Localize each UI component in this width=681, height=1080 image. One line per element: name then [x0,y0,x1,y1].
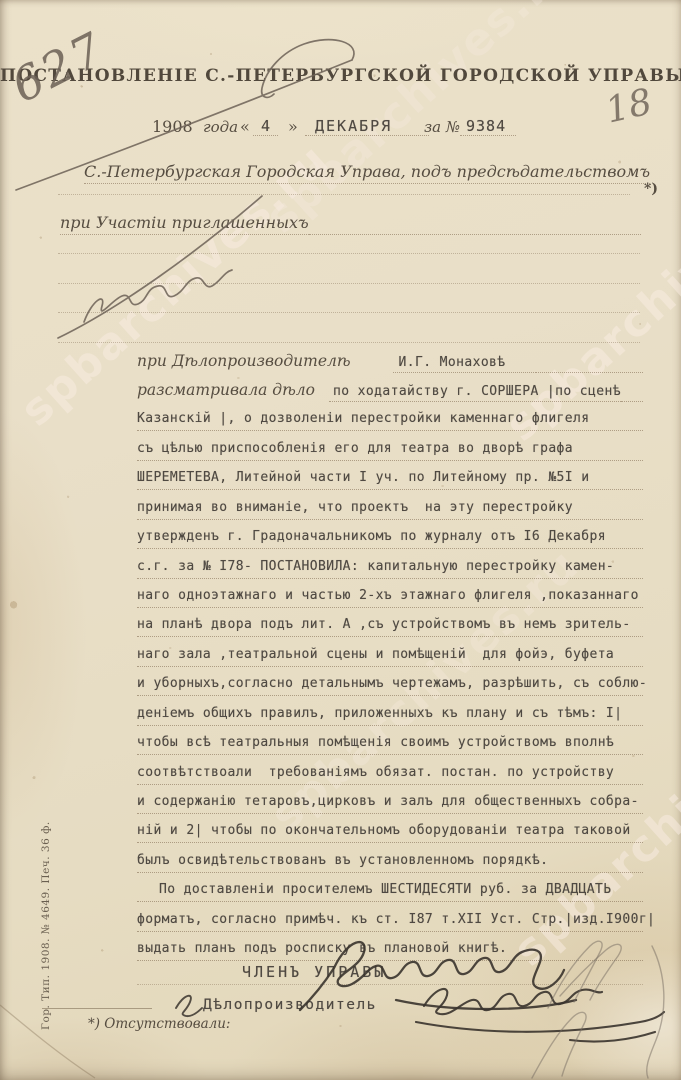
date-line: 1908 года « 4 » ДЕКАБРЯ за № 9384 [0,110,681,136]
body-row: утвержденъ г. Градоначальникомъ по журна… [137,520,643,549]
clerk-signature-label: Дѣлопроизводитель [203,997,377,1013]
body-line: принимая во вниманіе, что проектъ на эту… [137,501,573,519]
date-quote-close: » [288,117,298,136]
clerk-prefix-handwriting [176,996,202,1016]
ruled-line [58,291,640,313]
body-line: форматъ, согласно примѣч. къ ст. I87 т.X… [137,913,655,931]
date-year: 1908 [152,117,193,136]
clerk-row: при Дѣлопроизводителѣ И.Г. Монаховѣ [137,345,643,373]
body-line: ній и 2| чтобы по окончательномъ оборудо… [137,824,631,842]
body-row: деніемъ общихъ правилъ, приложенныхъ къ … [137,696,643,725]
printing-house-imprint: Гор. Тип. 1908. № 4649. Печ. 36 ф. [40,840,54,1030]
body-row: на планѣ двора подъ лит. А ,съ устройств… [137,608,643,637]
handwritten-case-number: 627 [3,21,114,113]
body-row: разсматривала дѣло по ходатайству г. СОР… [137,373,643,401]
body-line: утвержденъ г. Градоначальникомъ по журна… [137,530,606,548]
body-row: По доставленіи просителемъ ШЕСТИДЕСЯТИ р… [137,873,643,902]
resolution-body: при Дѣлопроизводителѣ И.Г. Монаховѣ разс… [137,345,643,961]
ruled-fill [536,372,644,373]
body-line: съ цѣлью приспособленія его для театра в… [137,442,573,460]
board-member-label: ЧЛЕНЪ УПРАВЫ [242,963,386,981]
body-line: деніемъ общихъ правилъ, приложенныхъ къ … [137,707,622,725]
body-row: наго одноэтажнаго и частью 2-хъ этажнаго… [137,579,643,608]
body-line: с.г. за № I78- ПОСТАНОВИЛА: капитальную … [137,560,614,578]
ruled-line [58,262,640,284]
body-line: соотвѣтствоали требованіямъ обязат. пост… [137,766,614,784]
footnote-marker: *) [644,181,658,197]
clerk-signature [416,989,664,1042]
body-row: соотвѣтствоали требованіямъ обязат. пост… [137,755,643,784]
clerk-name: И.Г. Монаховѣ [393,356,536,373]
body-line: По доставленіи просителемъ ШЕСТИДЕСЯТИ р… [137,883,611,901]
absent-footnote: *) Отсутствовали: [88,1016,230,1032]
body-line: наго одноэтажнаго и частью 2-хъ этажнаго… [137,589,639,607]
body-line: наго зала ,театральной сцены и помѣщеній… [137,648,614,666]
clerk-label: при Дѣлопроизводителѣ [137,352,351,373]
date-month: ДЕКАБРЯ [305,117,429,136]
body-row: с.г. за № I78- ПОСТАНОВИЛА: капитальную … [137,549,643,578]
document-page: spbarchives.ru spbarchives.ru spbarchive… [0,0,681,1080]
body-line: и содержанію тетаровъ,цирковъ и залъ для… [137,795,639,813]
date-quote-open: « [240,117,250,136]
body-line: чтобы всѣ театральныя помѣщенія своимъ у… [137,736,614,754]
body-line: выдать планъ подъ росписку въ плановой к… [137,942,507,960]
considered-label: разсматривала дѣло [137,381,315,402]
ruled-line [58,232,640,254]
body-line: на планѣ двора подъ лит. А ,съ устройств… [137,618,631,636]
body-row: принимая во вниманіе, что проектъ на эту… [137,490,643,519]
body-row: выдать планъ подъ росписку въ плановой к… [137,932,643,961]
ruled-fill [621,401,643,402]
body-row: съ цѣлью приспособленія его для театра в… [137,431,643,460]
date-year-label: года [203,118,238,136]
ruled-line [58,320,640,343]
body-row: ШЕРЕМЕТЕВА, Литейной части I уч. по Лите… [137,461,643,490]
ruled-line [137,962,643,985]
body-row: форматъ, согласно примѣч. къ ст. I87 т.X… [137,902,643,931]
body-row: ній и 2| чтобы по окончательномъ оборудо… [137,814,643,843]
body-row: Казанскій |, о дозволеніи перестройки ка… [137,402,643,431]
body-row: наго зала ,театральной сцены и помѣщеній… [137,637,643,666]
date-day: 4 [253,117,278,136]
body-line: по ходатайству г. СОРШЕРА |по сценѣ [329,385,621,402]
body-row: былъ освидѣтельствованъ въ установленном… [137,843,643,872]
body-row: и содержанію тетаровъ,цирковъ и залъ для… [137,785,643,814]
body-line: былъ освидѣтельствованъ въ установленном… [137,854,548,872]
doc-number-label: за № [424,118,460,136]
body-line: Казанскій |, о дозволеніи перестройки ка… [137,412,589,430]
body-row: и уборныхъ,согласно детальнымъ чертежамъ… [137,667,643,696]
footer-rule [42,1008,152,1009]
doc-number: 9384 [460,117,516,136]
ruled-line [58,173,630,195]
body-line: ШЕРЕМЕТЕВА, Литейной части I уч. по Лите… [137,471,589,489]
body-row: чтобы всѣ театральныя помѣщенія своимъ у… [137,726,643,755]
body-line: и уборныхъ,согласно детальнымъ чертежамъ… [137,677,647,695]
